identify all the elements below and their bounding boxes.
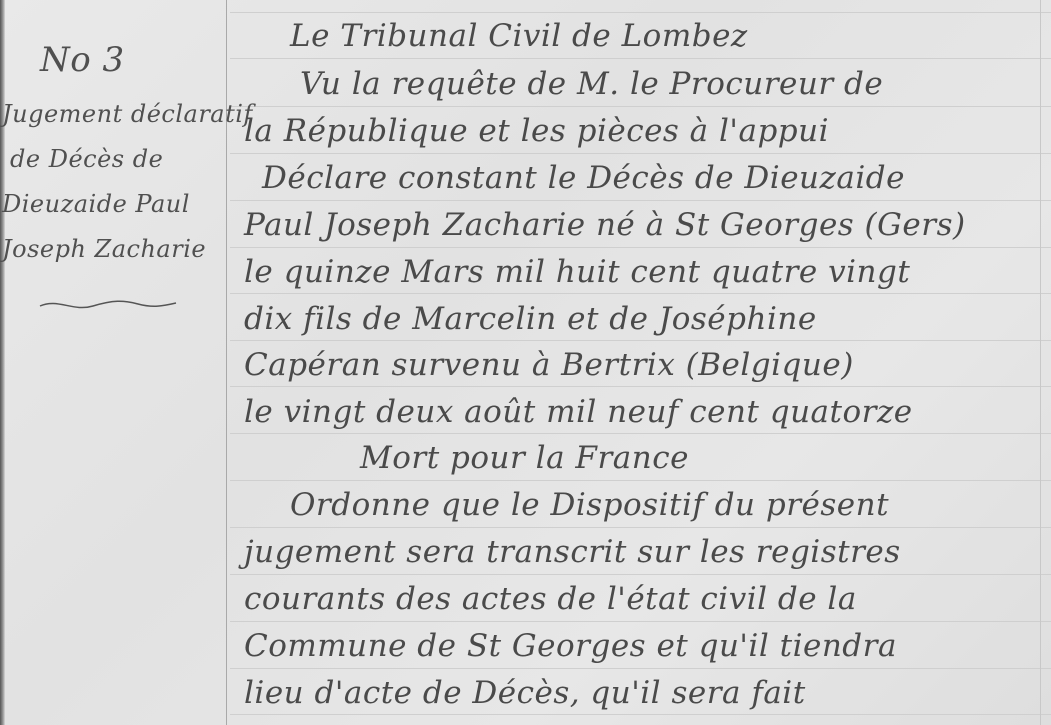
text-line: dix fils de Marcelin et de Joséphine: [244, 301, 817, 337]
ruled-line: [230, 247, 1051, 248]
register-page: No 3 Jugement déclaratif de Décès de Die…: [0, 0, 1051, 725]
ruled-line: [230, 527, 1051, 528]
ruled-line: [230, 58, 1051, 59]
flourish-underline: [38, 298, 178, 312]
ruled-line: [230, 574, 1051, 575]
margin-line: Dieuzaide Paul: [2, 190, 190, 218]
ruled-line: [230, 714, 1051, 715]
ruled-line: [230, 200, 1051, 201]
text-line: la République et les pièces à l'appui: [244, 113, 829, 149]
ruled-line: [230, 480, 1051, 481]
text-line: jugement sera transcrit sur les registre…: [244, 534, 901, 570]
text-line: lieu d'acte de Décès, qu'il sera fait: [244, 675, 806, 711]
ruled-line: [230, 433, 1051, 434]
ruled-line: [230, 668, 1051, 669]
text-line: Commune de St Georges et qu'il tiendra: [244, 628, 897, 664]
text-line: Vu la requête de M. le Procureur de: [300, 66, 883, 102]
entry-number: No 3: [40, 40, 125, 80]
text-line: Mort pour la France: [360, 440, 689, 476]
margin-line: de Décès de: [10, 145, 163, 173]
text-line: Déclare constant le Décès de Dieuzaide: [262, 160, 905, 196]
ruled-line: [230, 386, 1051, 387]
text-line: Le Tribunal Civil de Lombez: [290, 18, 748, 54]
ruled-line: [230, 621, 1051, 622]
ruled-line: [230, 340, 1051, 341]
right-rule: [1040, 0, 1041, 725]
text-line: le quinze Mars mil huit cent quatre ving…: [244, 254, 910, 290]
text-line: courants des actes de l'état civil de la: [244, 581, 857, 617]
margin-line: Joseph Zacharie: [2, 235, 206, 263]
text-line: Ordonne que le Dispositif du présent: [290, 487, 889, 523]
ruled-line: [230, 153, 1051, 154]
margin-line: Jugement déclaratif: [2, 100, 253, 128]
text-line: Paul Joseph Zacharie né à St Georges (Ge…: [244, 207, 966, 243]
text-line: Capéran survenu à Bertrix (Belgique): [244, 347, 854, 383]
ruled-line: [230, 12, 1051, 13]
ruled-line: [230, 106, 1051, 107]
ruled-line: [230, 293, 1051, 294]
text-line: le vingt deux août mil neuf cent quatorz…: [244, 394, 913, 430]
